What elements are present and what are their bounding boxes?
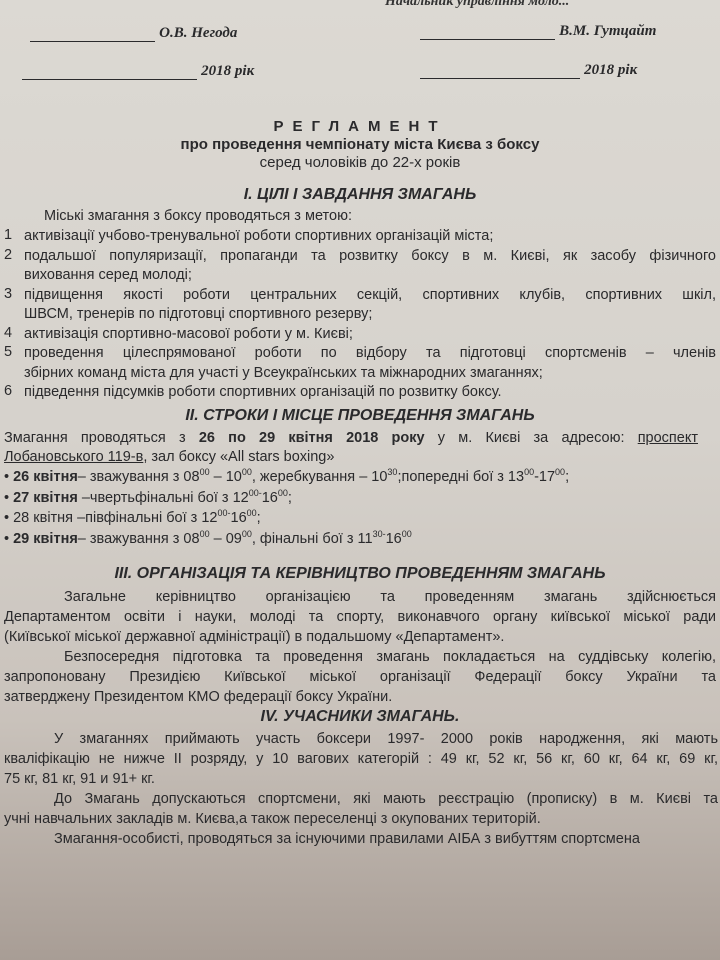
bullet-icon: •: [4, 469, 13, 485]
signature-left: О.В. Негода: [30, 24, 237, 42]
time-superscript: 30: [387, 467, 397, 477]
list-item-text: активізація спортивно-масової роботи у м…: [24, 325, 353, 344]
schedule-item: • 27 квітня –чвертьфінальні бої з 1200-1…: [4, 489, 292, 508]
schedule-day: 27 квітня: [13, 490, 78, 506]
paragraph-line: До Змагань допускаються спортсмени, які …: [54, 790, 718, 809]
schedule-day: 29 квітня: [13, 531, 78, 547]
date-left: 2018 рік: [22, 62, 254, 80]
list-item-text: підвищення якості роботи центральних сек…: [24, 286, 716, 305]
paragraph-line: Безпосередня підготовка та проведення зм…: [64, 648, 716, 667]
bullet-icon: •: [4, 490, 13, 506]
time-superscript: 00: [247, 508, 257, 518]
paragraph-line: учні навчальних закладів м. Києва,а тако…: [4, 810, 541, 829]
signature-line: [420, 39, 555, 40]
time-superscript: 00-: [217, 508, 230, 518]
list-number: 6: [4, 383, 12, 399]
time-superscript: 00: [402, 529, 412, 539]
time-superscript: 00: [242, 467, 252, 477]
signature-line: [30, 41, 155, 42]
year-left: 2018 рік: [201, 63, 254, 79]
date-right: 2018 рік: [420, 61, 637, 79]
list-number: 5: [4, 344, 12, 360]
section-2-paragraph: Змагання проводяться з 26 по 29 квітня 2…: [4, 429, 698, 467]
list-number: 2: [4, 247, 12, 263]
schedule-day: 28 квітня: [13, 510, 73, 526]
paragraph-line: Департаментом освіти і науки, молоді та …: [4, 608, 716, 627]
list-item-text: виховання серед молоді;: [24, 266, 192, 285]
time-superscript: 00-: [249, 488, 262, 498]
competition-dates: 26 по 29 квітня 2018 року: [199, 430, 425, 446]
signer-right-name: В.М. Гутцайт: [559, 23, 656, 39]
date-line: [420, 78, 580, 79]
section-4-heading: IV. УЧАСНИКИ ЗМАГАНЬ.: [0, 708, 720, 726]
time-superscript: 00: [555, 467, 565, 477]
date-line: [22, 79, 197, 80]
bullet-icon: •: [4, 510, 13, 526]
section-2-heading: II. СТРОКИ І МІСЦЕ ПРОВЕДЕННЯ ЗМАГАНЬ: [0, 407, 720, 425]
paragraph-line: затверджену Президентом КМО федерації бо…: [4, 688, 392, 707]
header-position-cut: Начальник управління моло...: [385, 0, 569, 10]
paragraph-line: запропоновану Президією Київської місько…: [4, 668, 716, 687]
paragraph-line: Загальне керівництво організацією та про…: [64, 588, 716, 607]
schedule-item: • 28 квітня –півфінальні бої з 1200-1600…: [4, 509, 261, 528]
time-superscript: 00: [524, 467, 534, 477]
paragraph-line: 75 кг, 81 кг, 91 и 91+ кг.: [4, 770, 155, 789]
signature-right: В.М. Гутцайт: [420, 22, 656, 40]
time-superscript: 00: [200, 467, 210, 477]
document-page: Начальник управління моло... О.В. Негода…: [0, 0, 720, 960]
list-item-text: подальшої популяризації, пропаганди та р…: [24, 247, 716, 266]
time-superscript: 00: [278, 488, 288, 498]
address-part-1: проспект: [638, 430, 698, 446]
list-item-text: ШВСМ, тренерів по підготовці спортивного…: [24, 305, 372, 324]
document-subtitle-2: серед чоловіків до 22-х років: [0, 154, 720, 171]
list-number: 3: [4, 286, 12, 302]
paragraph-line: Змагання-особисті, проводяться за існуюч…: [54, 830, 640, 849]
document-title: РЕГЛАМЕНТ: [0, 118, 720, 135]
list-item-text: проведення цілеспрямованої роботи по від…: [24, 344, 716, 363]
signer-left-name: О.В. Негода: [159, 25, 237, 41]
time-superscript: 00: [200, 529, 210, 539]
paragraph-line: кваліфікацію не нижче II розряду, у 10 в…: [4, 750, 718, 769]
paragraph-line: (Київської міської державної адміністрац…: [4, 628, 504, 647]
list-item-text: збірних команд міста для участі у Всеукр…: [24, 364, 543, 383]
time-superscript: 30-: [373, 529, 386, 539]
list-number: 4: [4, 325, 12, 341]
list-item-text: підведення підсумків роботи спортивних о…: [24, 383, 502, 402]
time-superscript: 00: [242, 529, 252, 539]
section-1-intro: Міські змагання з боксу проводяться з ме…: [44, 207, 352, 226]
paragraph-line: У змаганнях приймають участь боксери 199…: [54, 730, 718, 749]
address-part-2: Лобановського 119-в: [4, 449, 143, 465]
schedule-item: • 29 квітня– зважування з 0800 – 0900, ф…: [4, 530, 412, 549]
schedule-item: • 26 квітня– зважування з 0800 – 1000, ж…: [4, 468, 569, 487]
list-number: 1: [4, 227, 12, 243]
bullet-icon: •: [4, 531, 13, 547]
year-right: 2018 рік: [584, 62, 637, 78]
list-item-text: активізації учбово-тренувальної роботи с…: [24, 227, 493, 246]
schedule-day: 26 квітня: [13, 469, 78, 485]
section-1-heading: I. ЦІЛІ І ЗАВДАННЯ ЗМАГАНЬ: [0, 186, 720, 204]
section-3-heading: III. ОРГАНІЗАЦІЯ ТА КЕРІВНИЦТВО ПРОВЕДЕН…: [0, 565, 720, 583]
document-subtitle: про проведення чемпіонату міста Києва з …: [0, 136, 720, 153]
